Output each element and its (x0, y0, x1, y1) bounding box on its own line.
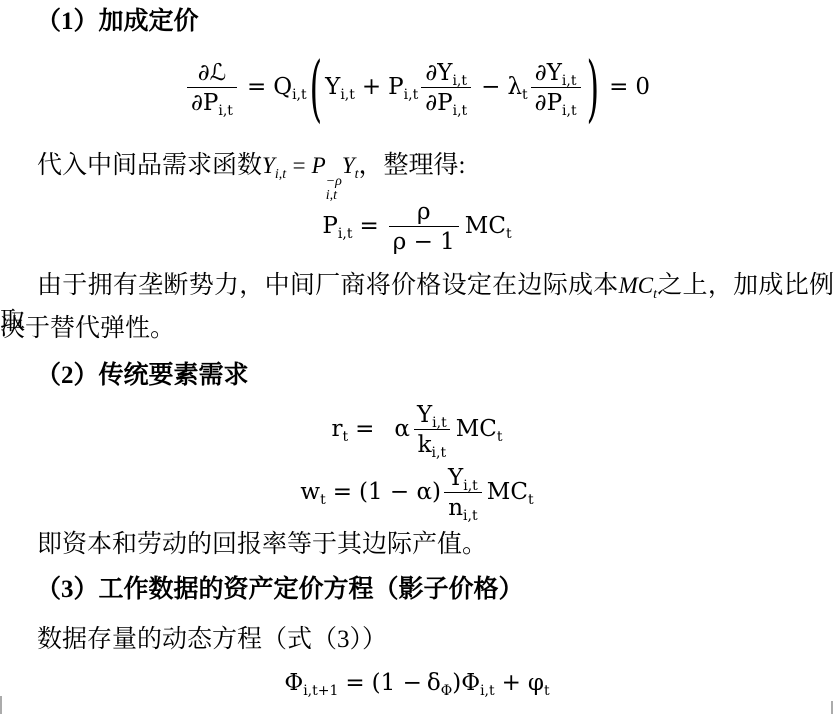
equals-sign: = (291, 153, 307, 178)
math-symbol-Y: Y (547, 60, 562, 86)
equation-markup-foc: ∂ℒ ∂Pi,t = Qi,t ( Yi,t + Pi,t ∂Yi,t ∂Pi,… (0, 46, 834, 130)
math-term-r: rt (331, 416, 348, 444)
fraction-denominator: ∂Pi,t (187, 87, 237, 116)
math-symbol-Y: Y (325, 74, 340, 100)
phi-symbol: φ (528, 670, 544, 696)
math-symbol-Q: Q (273, 74, 292, 100)
equation-wage: wt = (1 − α) Yi,t ni,t MCt (0, 461, 834, 525)
fraction-numerator: Yi,t (444, 465, 482, 492)
fraction-denominator: ∂Pi,t (421, 87, 471, 116)
subscript-t: t (497, 429, 503, 445)
fraction-numerator: ∂Yi,t (421, 60, 471, 87)
math-symbol-MC: MC (487, 479, 528, 505)
fraction-numerator: ρ (413, 199, 435, 226)
math-symbol-P: P (437, 90, 452, 116)
math-term-close: ) (452, 670, 461, 698)
partial-symbol: ∂ (535, 60, 547, 86)
lambda-symbol: λ (507, 74, 522, 100)
math-symbol-zero: 0 (635, 74, 650, 102)
math-symbol-MC: MC (456, 416, 497, 442)
fraction-rho: ρ ρ − 1 (389, 199, 459, 256)
subscript-t: t (320, 492, 326, 508)
partial-symbol: ∂ (425, 60, 437, 86)
equals-sign: = (345, 670, 364, 698)
fraction-dY-dP: ∂Yi,t ∂Pi,t (421, 60, 471, 117)
math-term-one-minus-alpha: (1 − α) (359, 479, 441, 507)
paragraph-text: 代入中间品需求函数 (37, 152, 262, 179)
subscript-it: i,t (562, 103, 577, 119)
paragraph-text: ，整理得: (359, 152, 466, 179)
page-edge-left (0, 696, 2, 714)
heading-text: （3）工作数据的资产定价方程（影子价格） (36, 576, 524, 603)
math-symbol-P: P (388, 74, 403, 100)
delta-symbol: δ (427, 670, 441, 696)
plus-sign: + (502, 670, 521, 698)
fraction-numerator: Yi,t (413, 402, 451, 429)
math-term-MC: MCt (456, 416, 503, 444)
fraction-denominator: ni,t (444, 492, 481, 521)
subscript-t: t (544, 683, 550, 699)
math-term-Y: Yi,t (325, 74, 355, 102)
subscript-it: i,t (275, 167, 286, 182)
subscript-Phi: Φ (441, 683, 452, 699)
equals-sign: = (247, 74, 266, 102)
math-symbol-MC: MC (465, 213, 506, 239)
math-symbol-P: P (203, 90, 218, 116)
subscript-t: t (506, 226, 512, 242)
subscript-it: i,t (480, 683, 495, 699)
equation-phi-dynamics: Φi,t+1 = (1 − δΦ ) Φi,t + φt (0, 662, 834, 706)
Phi-symbol: Φ (461, 670, 480, 696)
equals-sign: = (609, 74, 628, 102)
math-term-open: (1 − (372, 670, 422, 698)
math-term-Q: Qi,t (273, 74, 306, 102)
math-term-Phi: Φi,t (461, 670, 494, 698)
paragraph-monopoly-line2: 决于替代弹性。 (0, 311, 175, 347)
document-page: （1）加成定价 ∂ℒ ∂Pi,t = Qi,t ( Yi,t + Pi,t ∂Y… (0, 0, 834, 714)
equals-sign: = (359, 213, 378, 241)
equation-rental-rate: rt = α Yi,t ki,t MCt (0, 398, 834, 462)
math-term-Phi-next: Φi,t+1 (284, 670, 338, 698)
heading-text: （1）加成定价 (36, 8, 199, 35)
math-symbol-r: r (331, 416, 342, 442)
Phi-symbol: Φ (284, 670, 303, 696)
math-symbol-Y: Y (342, 153, 355, 178)
partial-symbol: ∂ (191, 90, 203, 116)
fraction-numerator: ∂ℒ (194, 60, 230, 87)
subscript-it: i,t (453, 103, 468, 119)
paragraph-text: 数据存量的动态方程（式（3）） (37, 626, 387, 653)
subscript-it: i,t (463, 508, 478, 524)
script-L-symbol: ℒ (210, 60, 227, 86)
math-symbol-Y: Y (417, 402, 432, 428)
equals-sign: = (355, 416, 374, 444)
inline-math-MC: MC (619, 273, 654, 298)
heading-text: （2）传统要素需求 (36, 362, 249, 389)
math-term-MC: MCt (487, 479, 534, 507)
math-term-P: Pi,t (388, 74, 418, 102)
fraction-Y-n: Yi,t ni,t (444, 465, 482, 522)
plus-sign: + (362, 74, 381, 102)
section-heading-1: （1）加成定价 (0, 7, 199, 37)
math-term-lambda: λt (507, 74, 527, 102)
partial-symbol: ∂ (198, 60, 210, 86)
subscript-t: t (528, 492, 534, 508)
paragraph-text: 由于拥有垄断势力，中间厂商将价格设定在边际成本 (37, 272, 619, 299)
superscript-minus-rho: −ρ (326, 175, 342, 189)
paragraph-data-stock: 数据存量的动态方程（式（3）） (0, 622, 387, 658)
math-term-P: Pi,t (322, 213, 352, 241)
page-edge-right (831, 701, 833, 714)
math-symbol-w: w (300, 479, 320, 505)
math-term-MC: MCt (465, 213, 512, 241)
fraction-dY-dP: ∂Yi,t ∂Pi,t (531, 60, 581, 117)
subscript-it: i,t (218, 103, 233, 119)
minus-sign: − (481, 74, 500, 102)
math-term-phi: φt (528, 670, 550, 698)
big-right-paren: ) (587, 48, 599, 129)
paragraph-substitution: 代入中间品需求函数Yi,t=P−ρi,tYt，整理得: (0, 148, 466, 203)
section-heading-3: （3）工作数据的资产定价方程（影子价格） (0, 575, 524, 605)
subscript-it: i,t (340, 87, 355, 103)
fraction-denominator: ki,t (414, 429, 451, 458)
math-symbol-n: n (448, 495, 463, 521)
math-term-w: wt (300, 479, 325, 507)
paragraph-marginal-product: 即资本和劳动的回报率等于其边际产值。 (0, 527, 487, 563)
fraction-numerator: ∂Yi,t (531, 60, 581, 87)
paragraph-text: 即资本和劳动的回报率等于其边际产值。 (37, 531, 487, 558)
subscript-t: t (342, 429, 348, 445)
math-symbol-k: k (418, 432, 432, 458)
partial-symbol: ∂ (425, 90, 437, 116)
math-term-delta: δΦ (427, 670, 452, 698)
subscript-it: i,t (338, 226, 353, 242)
math-symbol-P: P (547, 90, 562, 116)
fraction-denominator: ρ − 1 (389, 226, 459, 255)
equals-sign: = (333, 479, 352, 507)
subscript-it1: i,t+1 (303, 683, 338, 699)
alpha-symbol: α (394, 416, 410, 444)
fraction-denominator: ∂Pi,t (531, 87, 581, 116)
inline-math-demand: Yi,t=P−ρi,tYt (262, 153, 359, 178)
math-symbol-Y: Y (262, 153, 275, 178)
math-symbol-Y: Y (437, 60, 452, 86)
equation-markup-price: Pi,t = ρ ρ − 1 MCt (0, 196, 834, 258)
math-symbol-P: P (312, 153, 326, 178)
fraction-Y-k: Yi,t ki,t (413, 402, 451, 459)
section-heading-2: （2）传统要素需求 (0, 361, 249, 391)
subscript-it: i,t (432, 445, 447, 461)
paragraph-text: 决于替代弹性。 (0, 315, 175, 342)
partial-symbol: ∂ (535, 90, 547, 116)
big-left-paren: ( (310, 48, 322, 129)
subscript-it: i,t (292, 87, 307, 103)
fraction-dL-dP: ∂ℒ ∂Pi,t (187, 60, 237, 117)
subscript-t: t (522, 87, 528, 103)
math-symbol-P: P (322, 213, 337, 239)
math-symbol-Y: Y (448, 465, 463, 491)
subscript-it: i,t (404, 87, 419, 103)
